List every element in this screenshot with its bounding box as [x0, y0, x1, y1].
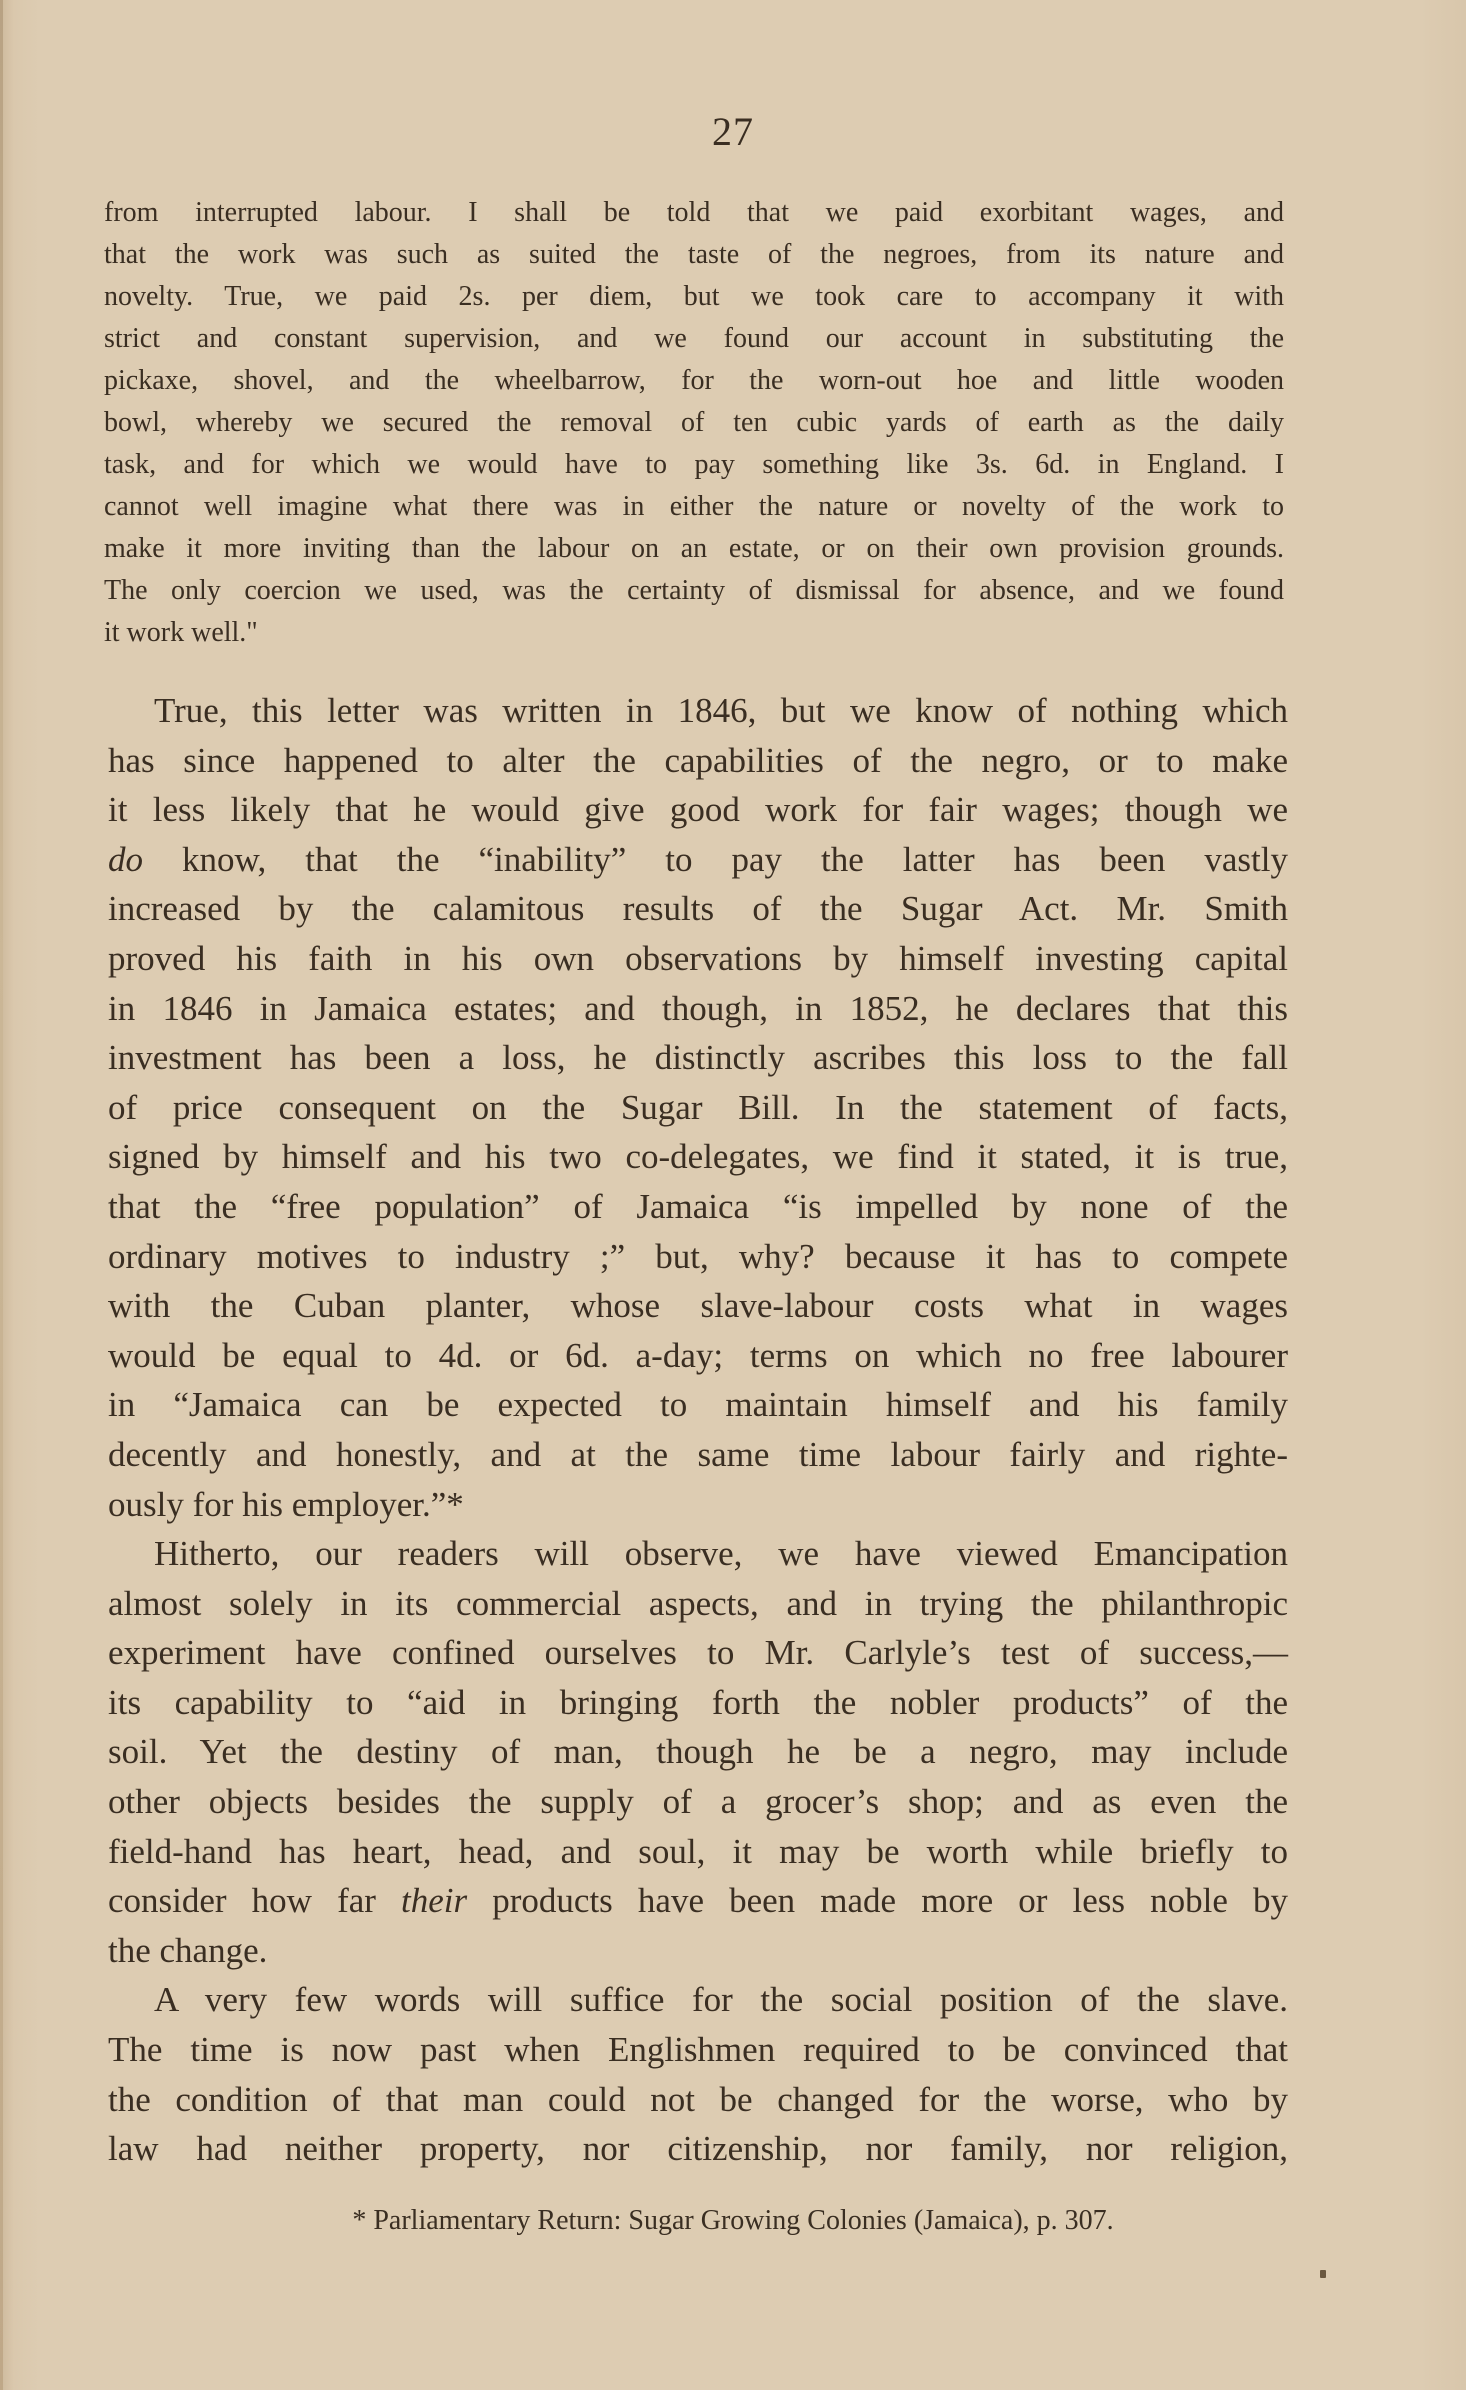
page-edge-shadow	[0, 0, 3, 2390]
text-line: in 1846 in Jamaica estates; and though, …	[108, 984, 1288, 1034]
paragraph-1: True, this letter was written in 1846, b…	[108, 686, 1288, 1529]
footnote: * Parliamentary Return: Sugar Growing Co…	[0, 2205, 1466, 2237]
text-line: the condition of that man could not be c…	[108, 2075, 1288, 2125]
text-line: ously for his employer.”*	[108, 1480, 1288, 1530]
quote-line: it work well."	[104, 612, 1284, 654]
text-line: in “Jamaica can be expected to maintain …	[108, 1380, 1288, 1430]
text-line: increased by the calamitous results of t…	[108, 884, 1288, 934]
text-line: field-hand has heart, head, and soul, it…	[108, 1827, 1288, 1877]
text-line: The time is now past when Englishmen req…	[108, 2025, 1288, 2075]
text-line: has since happened to alter the capabili…	[108, 736, 1288, 786]
text-line: that the “free population” of Jamaica “i…	[108, 1182, 1288, 1232]
text-line: Hitherto, our readers will observe, we h…	[108, 1529, 1288, 1579]
text-line: consider how far their products have bee…	[108, 1876, 1288, 1926]
text-line: investment has been a loss, he distinctl…	[108, 1033, 1288, 1083]
quote-line: that the work was such as suited the tas…	[104, 234, 1284, 276]
text-line: proved his faith in his own observations…	[108, 934, 1288, 984]
text-line: of price consequent on the Sugar Bill. I…	[108, 1083, 1288, 1133]
text-line: A very few words will suffice for the so…	[108, 1975, 1288, 2025]
text-line: its capability to “aid in bringing forth…	[108, 1678, 1288, 1728]
text-line: with the Cuban planter, whose slave-labo…	[108, 1281, 1288, 1331]
quoted-letter-block: from interrupted labour. I shall be told…	[104, 192, 1284, 654]
text-line: would be equal to 4d. or 6d. a-day; term…	[108, 1331, 1288, 1381]
text-line: True, this letter was written in 1846, b…	[108, 686, 1288, 736]
paragraph-3: A very few words will suffice for the so…	[108, 1975, 1288, 2173]
quote-line: novelty. True, we paid 2s. per diem, but…	[104, 276, 1284, 318]
text-line: soil. Yet the destiny of man, though he …	[108, 1727, 1288, 1777]
ink-speck	[1320, 2270, 1326, 2278]
text-line: do know, that the “inability” to pay the…	[108, 835, 1288, 885]
quote-line: task, and for which we would have to pay…	[104, 444, 1284, 486]
quote-line: pickaxe, shovel, and the wheelbarrow, fo…	[104, 360, 1284, 402]
text-line: almost solely in its commercial aspects,…	[108, 1579, 1288, 1629]
quote-line: from interrupted labour. I shall be told…	[104, 192, 1284, 234]
text-line: law had neither property, nor citizenshi…	[108, 2124, 1288, 2174]
page-number: 27	[0, 108, 1466, 155]
paragraph-2: Hitherto, our readers will observe, we h…	[108, 1529, 1288, 1975]
quote-line: The only coercion we used, was the certa…	[104, 570, 1284, 612]
quote-line: strict and constant supervision, and we …	[104, 318, 1284, 360]
quote-line: make it more inviting than the labour on…	[104, 528, 1284, 570]
quote-line: bowl, whereby we secured the removal of …	[104, 402, 1284, 444]
text-line: experiment have confined ourselves to Mr…	[108, 1628, 1288, 1678]
text-line: ordinary motives to industry ;” but, why…	[108, 1232, 1288, 1282]
text-line: it less likely that he would give good w…	[108, 785, 1288, 835]
text-line: decently and honestly, and at the same t…	[108, 1430, 1288, 1480]
body-text: True, this letter was written in 1846, b…	[108, 686, 1288, 2174]
quote-line: cannot well imagine what there was in ei…	[104, 486, 1284, 528]
text-line: the change.	[108, 1926, 1288, 1976]
text-line: signed by himself and his two co-delegat…	[108, 1132, 1288, 1182]
text-line: other objects besides the supply of a gr…	[108, 1777, 1288, 1827]
